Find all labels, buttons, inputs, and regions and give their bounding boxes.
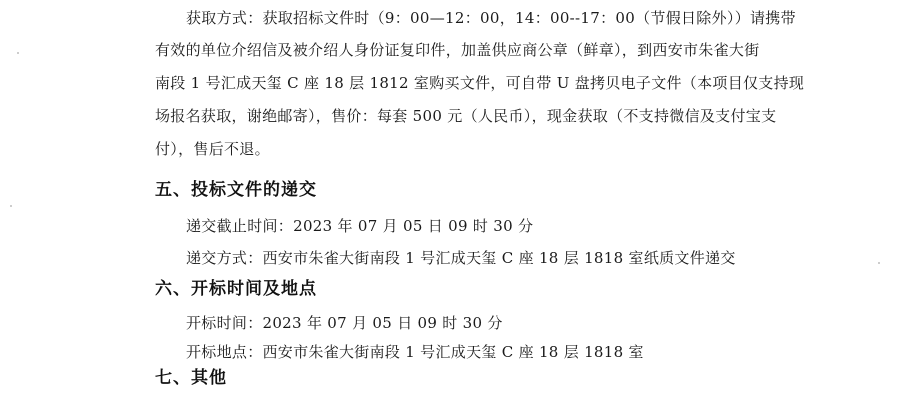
acquisition-method-line-5: 付），售后不退。 bbox=[155, 139, 270, 159]
scan-speck bbox=[17, 52, 19, 54]
section-heading-other: 七、其他 bbox=[155, 368, 227, 388]
section-heading-bid-submission: 五、投标文件的递交 bbox=[155, 180, 317, 200]
document-page: 获取方式：获取招标文件时（9：00—12：00，14：00--17：00（节假日… bbox=[0, 0, 900, 393]
acquisition-method-line-2: 有效的单位介绍信及被介绍人身份证复印件，加盖供应商公章（鲜章），到西安市朱雀大街 bbox=[155, 40, 760, 60]
bid-opening-place: 开标地点：西安市朱雀大街南段 1 号汇成天玺 C 座 18 层 1818 室 bbox=[186, 342, 644, 362]
acquisition-method-line-4: 场报名获取，谢绝邮寄），售价：每套 500 元（人民币），现金获取（不支持微信及… bbox=[155, 106, 776, 126]
scan-speck bbox=[10, 205, 12, 207]
submission-method: 递交方式：西安市朱雀大街南段 1 号汇成天玺 C 座 18 层 1818 室纸质… bbox=[186, 248, 736, 268]
acquisition-method-line-1: 获取方式：获取招标文件时（9：00—12：00，14：00--17：00（节假日… bbox=[186, 8, 796, 28]
scan-speck bbox=[878, 262, 880, 264]
acquisition-method-line-3: 南段 1 号汇成天玺 C 座 18 层 1812 室购买文件，可自带 U 盘拷贝… bbox=[155, 73, 804, 93]
section-heading-bid-opening: 六、开标时间及地点 bbox=[155, 279, 317, 299]
bid-opening-time: 开标时间：2023 年 07 月 05 日 09 时 30 分 bbox=[186, 313, 503, 333]
submission-deadline: 递交截止时间：2023 年 07 月 05 日 09 时 30 分 bbox=[186, 216, 533, 236]
